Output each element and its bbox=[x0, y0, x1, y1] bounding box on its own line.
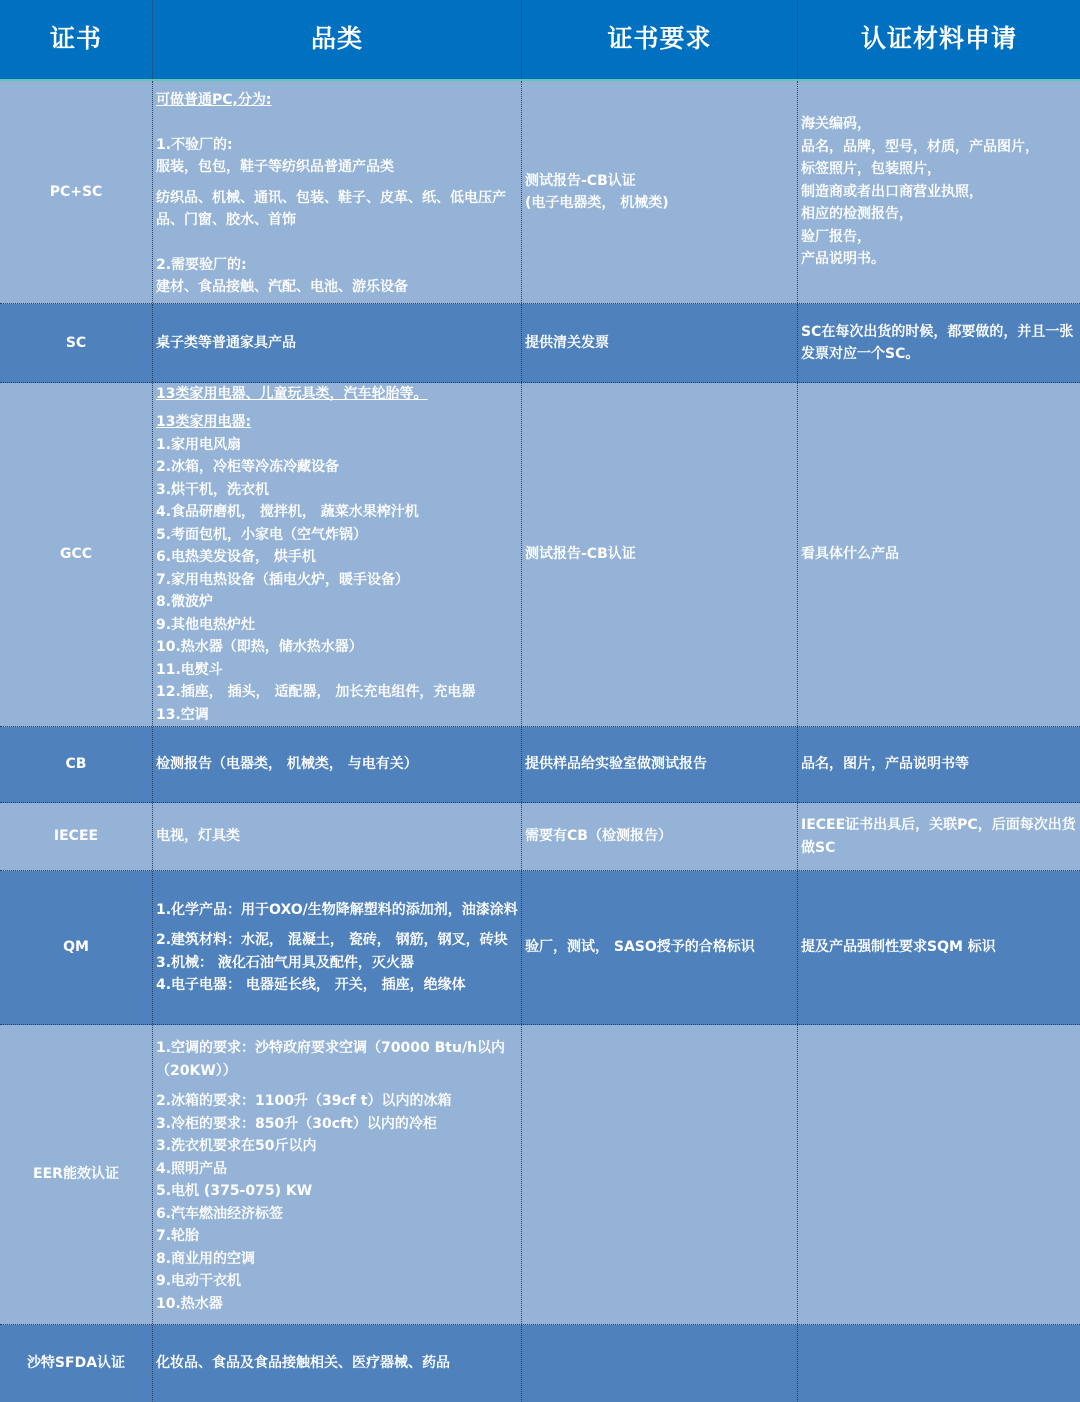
cell-requirement[interactable] bbox=[522, 1325, 798, 1402]
category-item: 8.微波炉 bbox=[156, 591, 518, 614]
table-row-pcsc: PC+SC 可做普通PC,分为: 1.不验厂的: 服装，包包，鞋子等纺织品普通产… bbox=[0, 81, 1080, 304]
materials-line: 产品说明书。 bbox=[801, 248, 1077, 271]
cell-requirement[interactable]: 测试报告-CB认证 (电子电器类， 机械类) bbox=[522, 81, 798, 303]
category-item: 12.插座， 插头， 适配器， 加长充电组件，充电器 bbox=[156, 681, 518, 704]
requirement-text: 提供清关发票 bbox=[525, 332, 794, 355]
category-item: 1.空调的要求：沙特政府要求空调（70000 Btu/h以内（20KW）） bbox=[156, 1037, 518, 1082]
materials-line: 品名，品牌，型号，材质，产品图片， bbox=[801, 136, 1077, 159]
cell-requirement[interactable]: 需要有CB（检测报告） bbox=[522, 803, 798, 870]
category-list-title: 13类家用电器: bbox=[156, 411, 518, 434]
category-line: 服装，包包，鞋子等纺织品普通产品类 bbox=[156, 156, 518, 179]
category-intro: 可做普通PC,分为: bbox=[156, 89, 518, 112]
table-row-cb: CB 检测报告（电器类， 机械类， 与电有关） 提供样品给实验室做测试报告 品名… bbox=[0, 727, 1080, 803]
table-row-iecee: IECEE 电视，灯具类 需要有CB（检测报告） IECEE证书出具后，关联PC… bbox=[0, 803, 1080, 871]
cell-materials[interactable]: 提及产品强制性要求SQM 标识 bbox=[798, 871, 1080, 1024]
cell-requirement[interactable]: 验厂，测试， SASO授予的合格标识 bbox=[522, 871, 798, 1024]
category-item: 6.汽车燃油经济标签 bbox=[156, 1203, 518, 1226]
requirement-line: (电子电器类， 机械类) bbox=[525, 192, 794, 215]
cell-category[interactable]: 电视，灯具类 bbox=[153, 803, 522, 870]
header-cert[interactable]: 证书 bbox=[0, 0, 153, 79]
cell-category[interactable]: 13类家用电器、儿童玩具类，汽车轮胎等。 13类家用电器: 1.家用电风扇 2.… bbox=[153, 383, 522, 726]
category-item: 3.烘干机，洗衣机 bbox=[156, 479, 518, 502]
category-item: 4.电子电器： 电器延长线， 开关， 插座，绝缘体 bbox=[156, 974, 518, 997]
cell-requirement[interactable] bbox=[522, 1025, 798, 1324]
cell-category[interactable]: 桌子类等普通家具产品 bbox=[153, 304, 522, 382]
cell-materials[interactable] bbox=[798, 1025, 1080, 1324]
header-materials[interactable]: 认证材料申请 bbox=[798, 0, 1080, 79]
category-item: 1.家用电风扇 bbox=[156, 434, 518, 457]
spacer bbox=[156, 1082, 518, 1090]
cell-cert[interactable]: IECEE bbox=[0, 803, 153, 870]
category-item: 13.空调 bbox=[156, 704, 518, 727]
table-row-qm: QM 1.化学产品：用于OXO/生物降解塑料的添加剂，油漆涂料 2.建筑材料：水… bbox=[0, 871, 1080, 1025]
table-header: 证书 品类 证书要求 认证材料申请 bbox=[0, 0, 1080, 81]
category-item: 3.冷柜的要求：850升（30cft）以内的冷柜 bbox=[156, 1113, 518, 1136]
spacer bbox=[156, 179, 518, 187]
header-category-label: 品类 bbox=[311, 28, 363, 51]
category-item: 11.电熨斗 bbox=[156, 659, 518, 682]
materials-text: 品名，图片，产品说明书等 bbox=[801, 753, 1077, 776]
category-subtitle: 1.不验厂的: bbox=[156, 134, 518, 157]
cert-name: EER能效认证 bbox=[33, 1163, 119, 1186]
category-item: 2.建筑材料：水泥， 混凝土， 瓷砖， 钢筋，钢叉，砖块 bbox=[156, 929, 518, 952]
spacer bbox=[156, 921, 518, 929]
cell-materials[interactable]: 海关编码， 品名，品牌，型号，材质，产品图片， 标签照片，包装照片， 制造商或者… bbox=[798, 81, 1080, 303]
materials-line: 海关编码， bbox=[801, 113, 1077, 136]
cell-requirement[interactable]: 提供清关发票 bbox=[522, 304, 798, 382]
category-item: 1.化学产品：用于OXO/生物降解塑料的添加剂，油漆涂料 bbox=[156, 899, 518, 922]
materials-line: 制造商或者出口商营业执照， bbox=[801, 181, 1077, 204]
category-item: 10.热水器（即热，储水热水器） bbox=[156, 636, 518, 659]
cert-name: QM bbox=[63, 936, 89, 959]
header-cert-label: 证书 bbox=[50, 28, 102, 51]
category-item: 6.电热美发设备， 烘手机 bbox=[156, 546, 518, 569]
cell-materials[interactable]: IECEE证书出具后，关联PC，后面每次出货做SC bbox=[798, 803, 1080, 870]
category-subtitle: 2.需要验厂的: bbox=[156, 254, 518, 277]
category-item: 2.冰箱的要求：1100升（39cf t）以内的冰箱 bbox=[156, 1090, 518, 1113]
category-text: 桌子类等普通家具产品 bbox=[156, 332, 518, 355]
cert-name: PC+SC bbox=[50, 181, 103, 204]
category-text: 电视，灯具类 bbox=[156, 825, 518, 848]
header-category[interactable]: 品类 bbox=[153, 0, 522, 79]
cell-materials[interactable]: SC在每次出货的时候，都要做的，并且一张发票对应一个SC。 bbox=[798, 304, 1080, 382]
category-line: 纺织品、机械、通讯、包装、鞋子、皮革、纸、低电压产品、门窗、胶水、首饰 bbox=[156, 187, 518, 232]
cert-name: GCC bbox=[60, 543, 92, 566]
category-item: 9.其他电热炉灶 bbox=[156, 614, 518, 637]
category-item: 7.轮胎 bbox=[156, 1225, 518, 1248]
table-row-eer: EER能效认证 1.空调的要求：沙特政府要求空调（70000 Btu/h以内（2… bbox=[0, 1025, 1080, 1325]
header-requirement-label: 证书要求 bbox=[607, 28, 711, 51]
category-item: 9.电动干衣机 bbox=[156, 1270, 518, 1293]
category-item: 10.热水器 bbox=[156, 1293, 518, 1316]
materials-text: 提及产品强制性要求SQM 标识 bbox=[801, 936, 1077, 959]
requirement-text: 测试报告-CB认证 bbox=[525, 543, 794, 566]
spacer bbox=[156, 232, 518, 254]
category-item: 7.家用电热设备（插电火炉，暖手设备） bbox=[156, 569, 518, 592]
requirement-text: 提供样品给实验室做测试报告 bbox=[525, 753, 794, 776]
cell-cert[interactable]: 沙特SFDA认证 bbox=[0, 1325, 153, 1402]
cell-requirement[interactable]: 提供样品给实验室做测试报告 bbox=[522, 727, 798, 802]
cert-name: CB bbox=[66, 753, 87, 776]
cert-name: IECEE bbox=[54, 825, 98, 848]
table-row-sfda: 沙特SFDA认证 化妆品、食品及食品接触相关、医疗器械、药品 bbox=[0, 1325, 1080, 1402]
category-item: 3.洗衣机要求在50斤以内 bbox=[156, 1135, 518, 1158]
category-item: 5.电机 (375-075) KW bbox=[156, 1180, 518, 1203]
spacer bbox=[156, 112, 518, 134]
requirement-line: 测试报告-CB认证 bbox=[525, 170, 794, 193]
materials-text: SC在每次出货的时候，都要做的，并且一张发票对应一个SC。 bbox=[801, 321, 1077, 366]
category-intro: 13类家用电器、儿童玩具类，汽车轮胎等。 bbox=[156, 383, 518, 406]
table-row-gcc: GCC 13类家用电器、儿童玩具类，汽车轮胎等。 13类家用电器: 1.家用电风… bbox=[0, 383, 1080, 727]
cert-name: 沙特SFDA认证 bbox=[27, 1352, 125, 1375]
header-materials-label: 认证材料申请 bbox=[861, 28, 1017, 51]
cell-cert[interactable]: GCC bbox=[0, 383, 153, 726]
materials-line: 标签照片，包装照片， bbox=[801, 158, 1077, 181]
cell-cert[interactable]: PC+SC bbox=[0, 81, 153, 303]
cell-requirement[interactable]: 测试报告-CB认证 bbox=[522, 383, 798, 726]
cell-cert[interactable]: EER能效认证 bbox=[0, 1025, 153, 1324]
category-item: 2.冰箱，冷柜等冷冻冷藏设备 bbox=[156, 456, 518, 479]
cell-cert[interactable]: SC bbox=[0, 304, 153, 382]
cell-category[interactable]: 检测报告（电器类， 机械类， 与电有关） bbox=[153, 727, 522, 802]
category-item: 8.商业用的空调 bbox=[156, 1248, 518, 1271]
certification-table: 证书 品类 证书要求 认证材料申请 PC+SC 可做普通PC,分为: 1.不验厂… bbox=[0, 0, 1080, 1402]
cell-materials[interactable]: 看具体什么产品 bbox=[798, 383, 1080, 726]
materials-line: 相应的检测报告， bbox=[801, 203, 1077, 226]
cert-name: SC bbox=[66, 332, 86, 355]
cell-cert[interactable]: QM bbox=[0, 871, 153, 1024]
requirement-text: 验厂，测试， SASO授予的合格标识 bbox=[525, 936, 794, 959]
cell-materials[interactable]: 品名，图片，产品说明书等 bbox=[798, 727, 1080, 802]
category-text: 检测报告（电器类， 机械类， 与电有关） bbox=[156, 753, 518, 776]
materials-line: 验厂报告， bbox=[801, 226, 1077, 249]
table-row-sc: SC 桌子类等普通家具产品 提供清关发票 SC在每次出货的时候，都要做的，并且一… bbox=[0, 304, 1080, 383]
category-text: 化妆品、食品及食品接触相关、医疗器械、药品 bbox=[156, 1352, 518, 1375]
category-line: 建材、食品接触、汽配、电池、游乐设备 bbox=[156, 276, 518, 299]
category-item: 5.考面包机，小家电（空气炸锅） bbox=[156, 524, 518, 547]
cell-cert[interactable]: CB bbox=[0, 727, 153, 802]
cell-category[interactable]: 可做普通PC,分为: 1.不验厂的: 服装，包包，鞋子等纺织品普通产品类 纺织品… bbox=[153, 81, 522, 303]
category-item: 4.照明产品 bbox=[156, 1158, 518, 1181]
cell-category[interactable]: 1.化学产品：用于OXO/生物降解塑料的添加剂，油漆涂料 2.建筑材料：水泥， … bbox=[153, 871, 522, 1024]
cell-category[interactable]: 1.空调的要求：沙特政府要求空调（70000 Btu/h以内（20KW）） 2.… bbox=[153, 1025, 522, 1324]
requirement-text: 需要有CB（检测报告） bbox=[525, 825, 794, 848]
materials-text: 看具体什么产品 bbox=[801, 543, 1077, 566]
header-requirement[interactable]: 证书要求 bbox=[522, 0, 798, 79]
cell-materials[interactable] bbox=[798, 1325, 1080, 1402]
cell-category[interactable]: 化妆品、食品及食品接触相关、医疗器械、药品 bbox=[153, 1325, 522, 1402]
category-item: 4.食品研磨机， 搅拌机， 蔬菜水果榨汁机 bbox=[156, 501, 518, 524]
category-item: 3.机械： 液化石油气用具及配件，灭火器 bbox=[156, 952, 518, 975]
materials-text: IECEE证书出具后，关联PC，后面每次出货做SC bbox=[801, 814, 1077, 859]
